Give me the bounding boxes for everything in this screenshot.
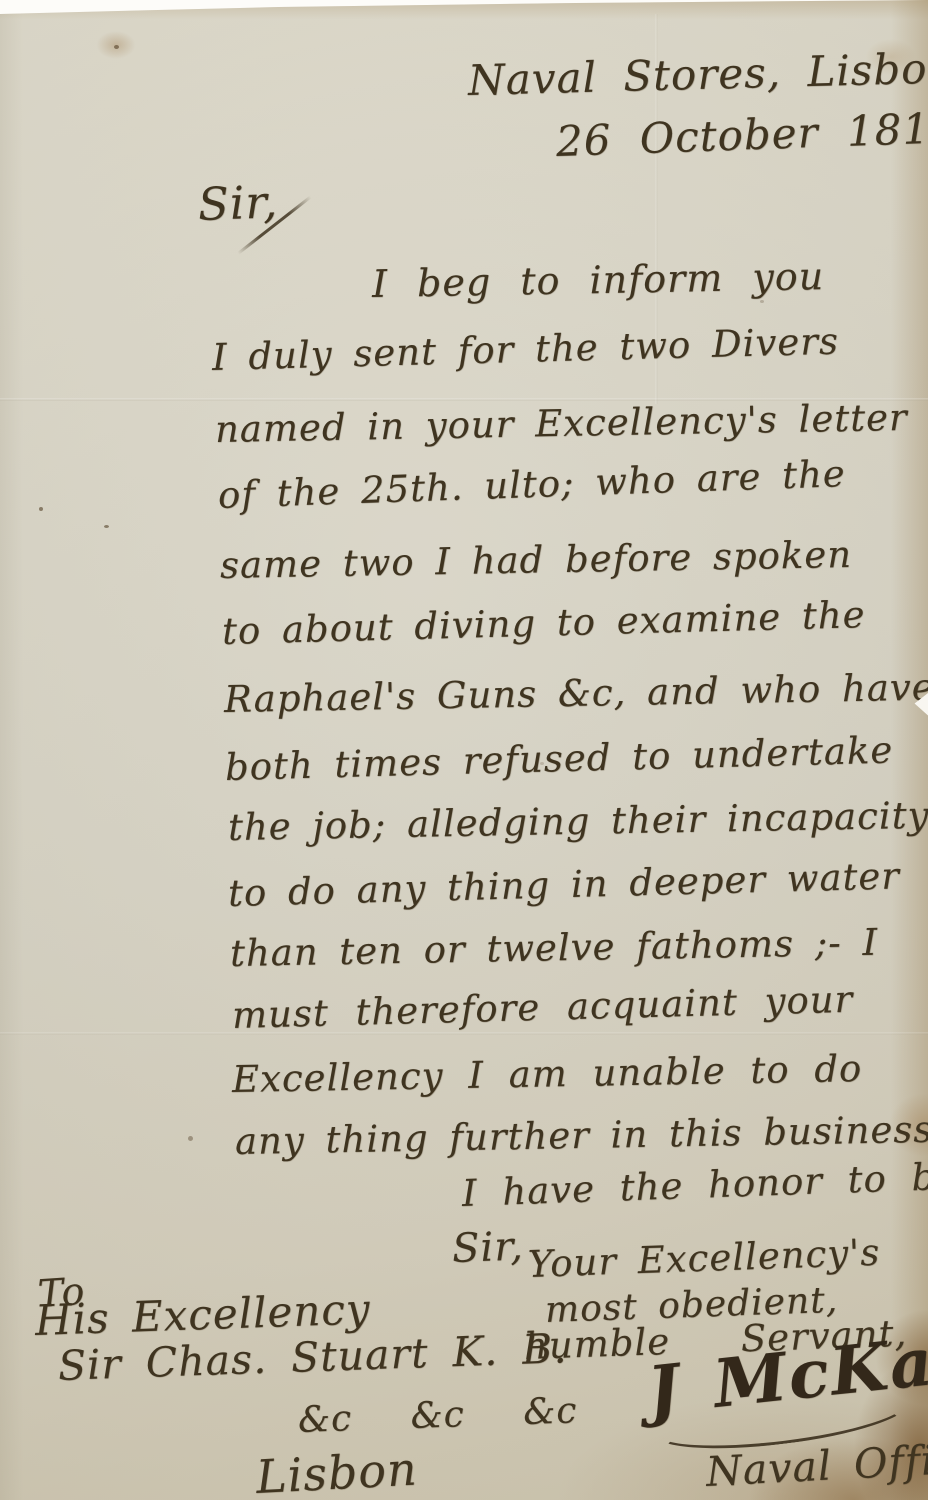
paper-speck (104, 525, 109, 528)
paper-speck (188, 1136, 193, 1141)
paper-sheet: Naval Stores, Lisbon, 26 October 1813. S… (0, 0, 928, 1500)
dateline-date: 26 October 1813. (555, 102, 928, 165)
closing-line: I have the honor to be (461, 1155, 928, 1215)
fold-crease-horizontal (0, 1032, 928, 1035)
body-line: to do any thing in deeper water (227, 854, 900, 915)
body-line: same two I had before spoken (220, 533, 853, 587)
letter-photo: Naval Stores, Lisbon, 26 October 1813. S… (0, 0, 928, 1500)
body-line: any thing further in this business. (235, 1108, 928, 1163)
body-line: of the 25th. ulto; who are the (217, 452, 846, 517)
paper-speck (760, 300, 764, 303)
body-line: I duly sent for the two Divers (211, 320, 839, 379)
body-line: the job; alledging their incapacity (228, 794, 928, 849)
body-line: Excellency I am unable to do (232, 1047, 863, 1101)
body-line: to about diving to examine the (221, 593, 866, 653)
closing-line: Your Excellency's (527, 1231, 881, 1286)
salutation: Sir, (197, 175, 279, 231)
closing-line: Sir, (451, 1224, 524, 1272)
paper-speck (39, 507, 43, 511)
recipient-line: &c &c &c (297, 1390, 578, 1441)
dateline-place: Naval Stores, Lisbon, (467, 43, 928, 105)
body-line: both times refused to undertake (224, 729, 893, 789)
body-line: named in your Excellency's letter (215, 396, 908, 451)
body-line: Raphael's Guns &c, and who have (224, 666, 928, 721)
body-line: must therefore acquaint your (231, 978, 853, 1037)
body-line: I beg to inform you (372, 254, 825, 306)
body-line: than ten or twelve fathoms ;- I (230, 921, 879, 975)
recipient-line: Lisbon (255, 1442, 419, 1500)
paper-speck (114, 45, 119, 49)
